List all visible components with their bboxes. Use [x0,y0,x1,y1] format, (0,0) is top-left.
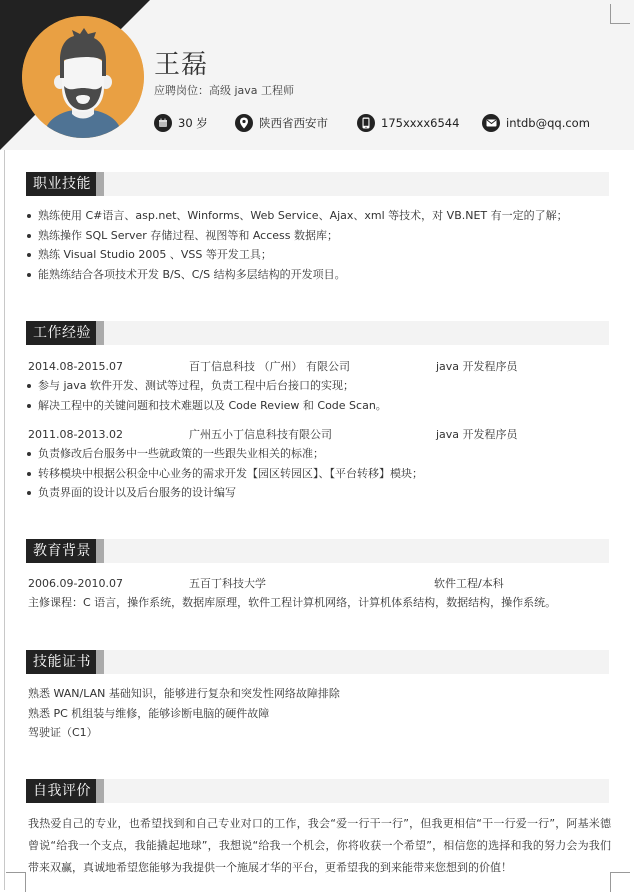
job-duties: 负责修改后台服务中一些就政策的一些跟失业相关的标准； 转移模块中根据公积金中心业… [26,444,609,503]
calendar-icon [154,114,172,132]
resume-header: 王磊 应聘岗位：高级 java 工程师 30 岁 陕西省西安市 [0,0,634,150]
section-title: 职业技能 [26,172,98,196]
job-entry: 2014.08-2015.07 百丁信息科技 （广州） 有限公司 java 开发… [26,357,609,415]
job-company: 百丁信息科技 （广州） 有限公司 [189,357,350,376]
crop-mark-bottom-left [6,872,26,892]
mobile-phone-icon [357,114,375,132]
list-item: 熟练 Visual Studio 2005 、VSS 等开发工具； [26,245,609,265]
list-item: 能熟练结合各项技术开发 B/S、C/S 结构多层结构的开发项目。 [26,265,609,285]
section-header: 职业技能 [26,172,609,196]
job-duties: 参与 java 软件开发、测试等过程，负责工程中后台接口的实现； 解决工程中的关… [26,376,609,415]
section-header: 教育背景 [26,539,609,563]
list-item: 熟悉 PC 机组装与维修，能够诊断电脑的硬件故障 [28,704,609,724]
list-item: 解决工程中的关键问题和技术难题以及 Code Review 和 Code Sca… [26,396,609,416]
crop-mark-bottom-right [610,872,630,892]
job-period: 2014.08-2015.07 [28,357,123,376]
skills-list: 熟练使用 C#语言、asp.net、Winforms、Web Service、A… [26,206,609,284]
list-item: 参与 java 软件开发、测试等过程，负责工程中后台接口的实现； [26,376,609,396]
contact-phone: 175xxxx6544 [357,112,459,134]
job-meta-row: 2014.08-2015.07 百丁信息科技 （广州） 有限公司 java 开发… [26,357,609,376]
list-item: 熟悉 WAN/LAN 基础知识，能够进行复杂和突发性网络故障排除 [28,684,609,704]
certificates-list: 熟悉 WAN/LAN 基础知识，能够进行复杂和突发性网络故障排除 熟悉 PC 机… [26,684,609,743]
list-item: 熟练操作 SQL Server 存储过程、视图等和 Access 数据库； [26,226,609,246]
resume-page: 王磊 应聘岗位：高级 java 工程师 30 岁 陕西省西安市 [0,0,634,896]
job-role: java 开发程序员 [436,425,518,444]
position-value: 高级 java 工程师 [209,84,294,97]
section-header: 技能证书 [26,650,609,674]
job-company: 广州五小丁信息科技有限公司 [189,425,332,444]
education-major: 软件工程/本科 [434,574,504,593]
education-row: 2006.09-2010.07 五百丁科技大学 软件工程/本科 [26,574,609,593]
list-item: 熟练使用 C#语言、asp.net、Winforms、Web Service、A… [26,206,609,226]
job-role: java 开发程序员 [436,357,518,376]
section-title-accent [96,539,104,563]
contact-age: 30 岁 [154,112,208,134]
applied-position: 应聘岗位：高级 java 工程师 [154,84,294,98]
phone-text: 175xxxx6544 [381,116,459,130]
age-text: 30 岁 [178,115,208,131]
section-title: 自我评价 [26,779,98,803]
section-title-accent [96,321,104,345]
education-period: 2006.09-2010.07 [28,574,123,593]
list-item: 转移模块中根据公积金中心业务的需求开发【园区转园区】、【平台转移】模块； [26,464,609,484]
left-margin-rule [4,150,5,890]
section-title: 技能证书 [26,650,98,674]
section-title-accent [96,650,104,674]
list-item: 负责修改后台服务中一些就政策的一些跟失业相关的标准； [26,444,609,464]
candidate-name: 王磊 [154,50,208,80]
email-text: intdb@qq.com [506,116,590,130]
section-title: 教育背景 [26,539,98,563]
section-title-accent [96,172,104,196]
location-text: 陕西省西安市 [259,115,328,131]
section-title: 工作经验 [26,321,98,345]
section-title-accent [96,779,104,803]
avatar-person-icon [22,16,144,138]
education-school: 五百丁科技大学 [189,574,266,593]
mail-icon [482,114,500,132]
contact-email: intdb@qq.com [482,112,590,134]
contact-location: 陕西省西安市 [235,112,328,134]
education-courses: 主修课程：C 语言，操作系统，数据库原理，软件工程计算机网络，计算机体系结构，数… [26,593,609,613]
job-meta-row: 2011.08-2013.02 广州五小丁信息科技有限公司 java 开发程序员 [26,425,609,444]
section-header: 工作经验 [26,321,609,345]
position-label: 应聘岗位： [154,84,209,97]
list-item: 负责界面的设计以及后台服务的设计编写 [26,483,609,503]
section-experience: 工作经验 2014.08-2015.07 百丁信息科技 （广州） 有限公司 ja… [26,321,609,503]
crop-mark-top-right [610,4,630,24]
job-entry: 2011.08-2013.02 广州五小丁信息科技有限公司 java 开发程序员… [26,425,609,503]
section-skills: 职业技能 熟练使用 C#语言、asp.net、Winforms、Web Serv… [26,172,609,284]
section-self-evaluation: 自我评价 我热爱自己的专业，也希望找到和自己专业对口的工作，我会“爱一行干一行”… [26,779,609,879]
list-item: 驾驶证（C1） [28,723,609,743]
section-header: 自我评价 [26,779,609,803]
section-certificates: 技能证书 熟悉 WAN/LAN 基础知识，能够进行复杂和突发性网络故障排除 熟悉… [26,650,609,743]
job-period: 2011.08-2013.02 [28,425,123,444]
location-pin-icon [235,114,253,132]
self-evaluation-text: 我热爱自己的专业，也希望找到和自己专业对口的工作，我会“爱一行干一行”，但我更相… [26,813,611,879]
avatar [22,16,144,138]
section-education: 教育背景 2006.09-2010.07 五百丁科技大学 软件工程/本科 主修课… [26,539,609,613]
